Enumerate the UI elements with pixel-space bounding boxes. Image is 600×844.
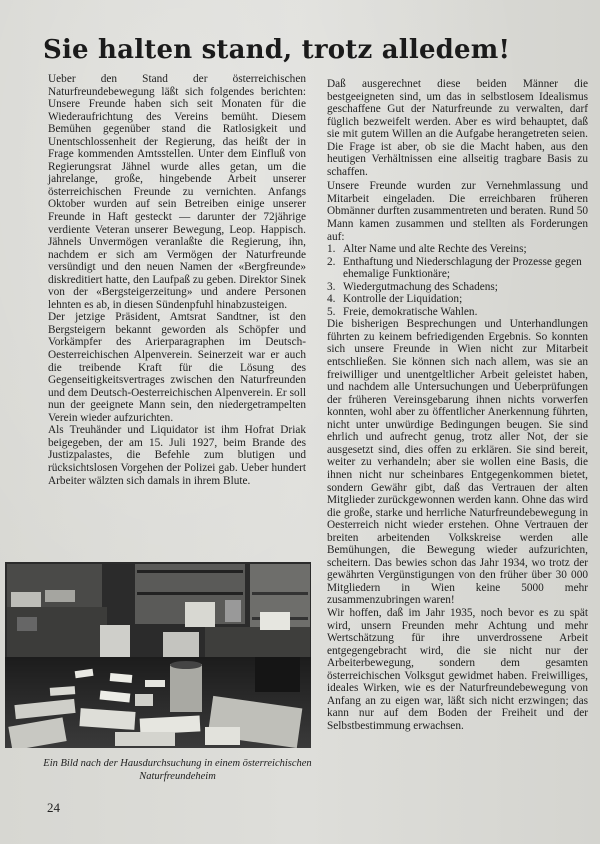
photo-illustration [5, 562, 311, 748]
demand-item: 3.Wiedergutmachung des Schadens; [327, 281, 588, 294]
magazine-page: Sie halten stand, trotz alledem! Ueber d… [0, 0, 600, 844]
ransacked-office-photo [5, 562, 311, 748]
demand-text: Wiedergutmachung des Schadens; [343, 281, 498, 293]
demand-number: 5. [327, 306, 335, 319]
demand-text: Enthaftung und Niederschlagung der Proze… [343, 256, 582, 281]
demand-number: 3. [327, 281, 335, 294]
demand-text: Freie, demokratische Wahlen. [343, 306, 477, 318]
demand-item: 2.Enthaftung und Niederschlagung der Pro… [327, 256, 588, 281]
demand-item: 1.Alter Name und alte Rechte des Vereins… [327, 243, 588, 256]
demand-text: Kontrolle der Liquidation; [343, 293, 462, 305]
demand-item: 5.Freie, demokratische Wahlen. [327, 306, 588, 319]
paragraph: Als Treuhänder und Liquidator ist ihm Ho… [48, 424, 306, 487]
right-text-column: Daß ausgerechnet diese beiden Männer die… [327, 78, 588, 732]
paragraph: Unsere Freunde wurden zur Vernehmlassung… [327, 180, 588, 243]
paragraph: Ueber den Stand der österreichischen Nat… [48, 73, 306, 311]
demand-number: 1. [327, 243, 335, 256]
left-text-column: Ueber den Stand der österreichischen Nat… [48, 73, 306, 487]
photo-caption: Ein Bild nach der Hausdurchsuchung in ei… [40, 757, 315, 783]
article-title: Sie halten stand, trotz alledem! [43, 35, 510, 65]
demand-number: 4. [327, 293, 335, 306]
paragraph: Der jetzige Präsident, Amtsrat Sandtner,… [48, 311, 306, 424]
paragraph: Die bisherigen Besprechungen und Unterha… [327, 318, 588, 607]
demand-number: 2. [327, 256, 335, 269]
demand-item: 4.Kontrolle der Liquidation; [327, 293, 588, 306]
demands-list: 1.Alter Name und alte Rechte des Vereins… [327, 243, 588, 318]
paragraph: Daß ausgerechnet diese beiden Männer die… [327, 78, 588, 178]
demand-text: Alter Name und alte Rechte des Vereins; [343, 243, 527, 255]
page-number: 24 [47, 800, 60, 816]
paragraph: Wir hoffen, daß im Jahr 1935, noch bevor… [327, 607, 588, 732]
